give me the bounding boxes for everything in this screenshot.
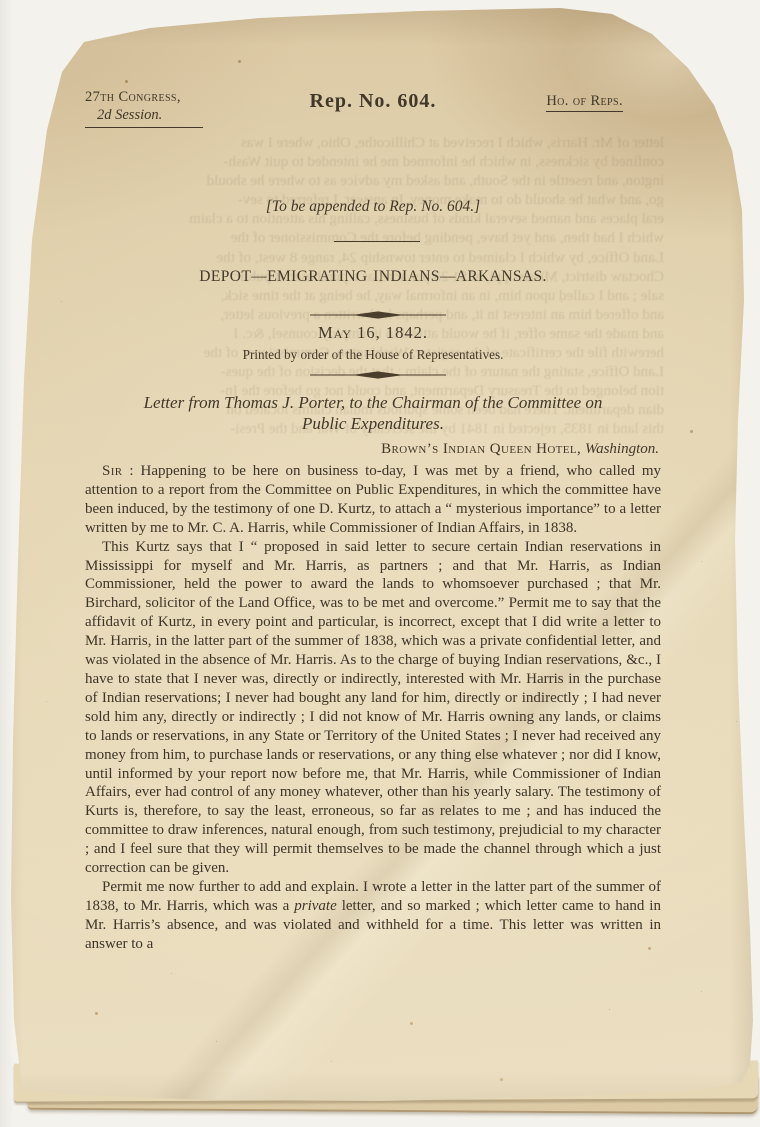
masthead-right: Ho. of Reps. (501, 93, 661, 110)
printed-by-order-line: Printed by order of the House of Represe… (85, 347, 661, 363)
chamber-label: Ho. of Reps. (546, 93, 623, 112)
appended-note: [To be appended to Rep. No. 604.] (85, 198, 661, 216)
document-title: DEPOT—EMIGRATING INDIANS—ARKANSAS. (85, 268, 661, 286)
letter-heading: Letter from Thomas J. Porter, to the Cha… (85, 393, 661, 434)
diamond-rule-ornament (308, 307, 448, 317)
letter-body: Sir : Happening to be here on business t… (85, 462, 661, 954)
divider-rule (334, 241, 420, 242)
document-page: letter of Mr. Harris, which I received a… (0, 0, 760, 1127)
masthead: 27th Congress, 2d Session. Rep. No. 604.… (85, 88, 661, 128)
diamond-rule-ornament (308, 367, 448, 377)
congress-line: 27th Congress, (85, 89, 181, 105)
salutation: Sir (102, 463, 123, 479)
session-line: 2d Session. (85, 106, 203, 128)
paragraph: This Kurtz says that I “ proposed in sai… (85, 538, 661, 878)
scan-background: letter of Mr. Harris, which I received a… (0, 0, 760, 1127)
letter-heading-line1: Letter from Thomas J. Porter, to the Cha… (85, 393, 661, 414)
printed-content: 27th Congress, 2d Session. Rep. No. 604.… (0, 0, 760, 1127)
hotel-name: Brown’s Indian Queen Hotel, (381, 441, 581, 457)
report-number: Rep. No. 604. (245, 90, 501, 113)
date-line: May 16, 1842. (85, 323, 661, 343)
emphasized-word: private (294, 898, 337, 914)
paragraph: Permit me now further to add and explain… (85, 878, 661, 954)
city-name: Washington. (585, 441, 659, 457)
letter-heading-line2: Public Expenditures. (85, 414, 661, 435)
place-date-line: Brown’s Indian Queen Hotel, Washington. (85, 441, 659, 458)
paragraph-text: : Happening to be here on business to-da… (85, 463, 661, 536)
paragraph: Sir : Happening to be here on business t… (85, 462, 661, 538)
masthead-left: 27th Congress, 2d Session. (85, 88, 245, 128)
